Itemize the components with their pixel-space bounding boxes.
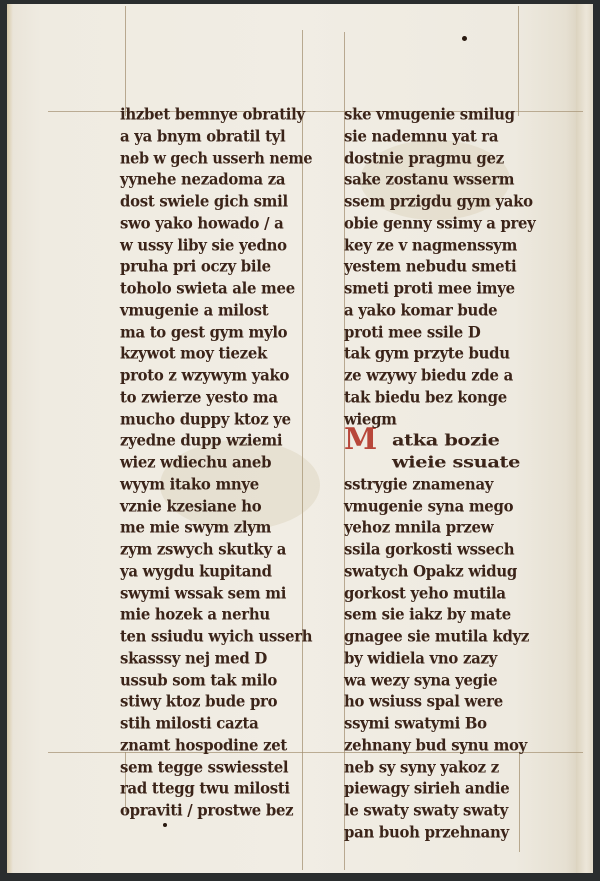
text-line: neb w gech usserh neme — [120, 146, 306, 169]
text-line: ssem przigdu gym yako — [344, 189, 536, 212]
text-line: wiez wdiechu aneb — [120, 450, 312, 473]
text-line: zehnany bud synu moy — [344, 733, 536, 756]
text-line: rad ttegg twu milosti — [120, 777, 312, 800]
text-line: stih milosti cazta — [120, 711, 312, 734]
text-line: w ussy liby sie yedno — [120, 233, 312, 256]
text-line: stiwy ktoz bude pro — [120, 690, 312, 713]
text-line: ho wsiuss spal were — [344, 690, 536, 713]
text-line: pan buoh przehnany — [344, 820, 536, 843]
text-line: ussub som tak milo — [120, 668, 312, 691]
text-line: tak biedu bez konge — [344, 385, 536, 408]
text-line: kzywot moy tiezek — [120, 342, 312, 365]
text-line: smeti proti mee imye — [344, 276, 536, 299]
text-line: me mie swym zlym — [120, 516, 312, 539]
text-line: ssila gorkosti wssech — [344, 537, 536, 560]
text-line: yynehe nezadoma za — [120, 168, 312, 191]
text-line: gnagee sie mutila kdyz — [344, 624, 536, 647]
initial-text: atka bozie wieie ssuate — [392, 429, 494, 473]
text-line: vmugenie syna mego — [344, 494, 536, 517]
text-line: by widiela vno zazy — [344, 646, 536, 669]
text-line: ten ssiudu wyich usserh — [120, 624, 311, 647]
left-column-outer-rule — [125, 6, 126, 116]
text-line: pruha pri oczy bile — [120, 255, 312, 278]
text-line: swo yako howado / a — [120, 211, 312, 234]
text-line: sem tegge sswiesstel — [120, 755, 312, 778]
text-line: wieie ssuate — [392, 450, 520, 473]
text-line: atka bozie — [392, 429, 520, 452]
right-column-outer-rule — [518, 6, 519, 116]
text-line: obie genny ssimy a prey — [344, 211, 535, 234]
page-gutter-fold — [576, 4, 593, 873]
text-line: swymi wssak sem mi — [120, 581, 312, 604]
text-line: zym zswych skutky a — [120, 537, 312, 560]
text-line: dost swiele gich smil — [120, 189, 312, 212]
text-line: opraviti / prostwe bez — [120, 798, 312, 821]
text-line: sie nademnu yat ra — [344, 124, 536, 147]
text-line: znamt hospodine zet — [120, 733, 312, 756]
text-line: vznie kzesiane ho — [120, 494, 312, 517]
text-line: a yako komar bude — [344, 298, 536, 321]
text-line: gorkost yeho mutila — [344, 581, 536, 604]
text-line: sem sie iakz by mate — [344, 603, 536, 626]
text-line: skasssy nej med D — [120, 646, 312, 669]
text-line: zyedne dupp wziemi — [120, 429, 312, 452]
text-line: mie hozek a nerhu — [120, 603, 312, 626]
text-line: yehoz mnila przew — [344, 516, 536, 539]
text-line: sake zostanu wsserm — [344, 168, 536, 191]
text-line: ma to gest gym mylo — [120, 320, 312, 343]
text-line: tak gym przyte budu — [344, 342, 536, 365]
text-line: ya wygdu kupitand — [120, 559, 312, 582]
text-line: ihzbet bemnye obratily — [120, 102, 312, 125]
text-line: sstrygie znamenay — [344, 472, 536, 495]
text-line: toholo swieta ale mee — [120, 276, 312, 299]
text-line: mucho duppy ktoz ye — [120, 407, 312, 430]
text-line: neb sy syny yakoz z — [344, 755, 536, 778]
text-line: a ya bnym obratil tyl — [120, 124, 312, 147]
text-line: yestem nebudu smeti — [344, 255, 536, 278]
ink-speck — [163, 823, 167, 827]
text-line: ze wzywy biedu zde a — [344, 363, 536, 386]
red-initial-letter: M — [344, 429, 388, 473]
right-text-column: ske vmugenie smilug sie nademnu yat ra d… — [344, 103, 544, 843]
text-line: key ze v nagmenssym — [344, 233, 536, 256]
text-line: vmugenie a milost — [120, 298, 312, 321]
text-line: piewagy sirieh andie — [344, 777, 536, 800]
text-line: le swaty swaty swaty — [344, 798, 536, 821]
text-line: proto z wzywym yako — [120, 363, 312, 386]
ink-speck — [462, 36, 467, 41]
text-line: swatych Opakz widug — [344, 559, 536, 582]
rubricated-initial-block: M atka bozie wieie ssuate — [344, 429, 544, 473]
text-line: dostnie pragmu gez — [344, 146, 536, 169]
text-line: ssymi swatymi Bo — [344, 711, 536, 734]
text-line: wa wezy syna yegie — [344, 668, 536, 691]
text-line: proti mee ssile D — [344, 320, 536, 343]
text-line: ske vmugenie smilug — [344, 102, 536, 125]
left-text-column: ihzbet bemnye obratily a ya bnym obratil… — [120, 103, 320, 821]
text-line: to zwierze yesto ma — [120, 385, 312, 408]
text-line: wiegm — [344, 407, 536, 430]
text-line: wyym itako mnye — [120, 472, 312, 495]
